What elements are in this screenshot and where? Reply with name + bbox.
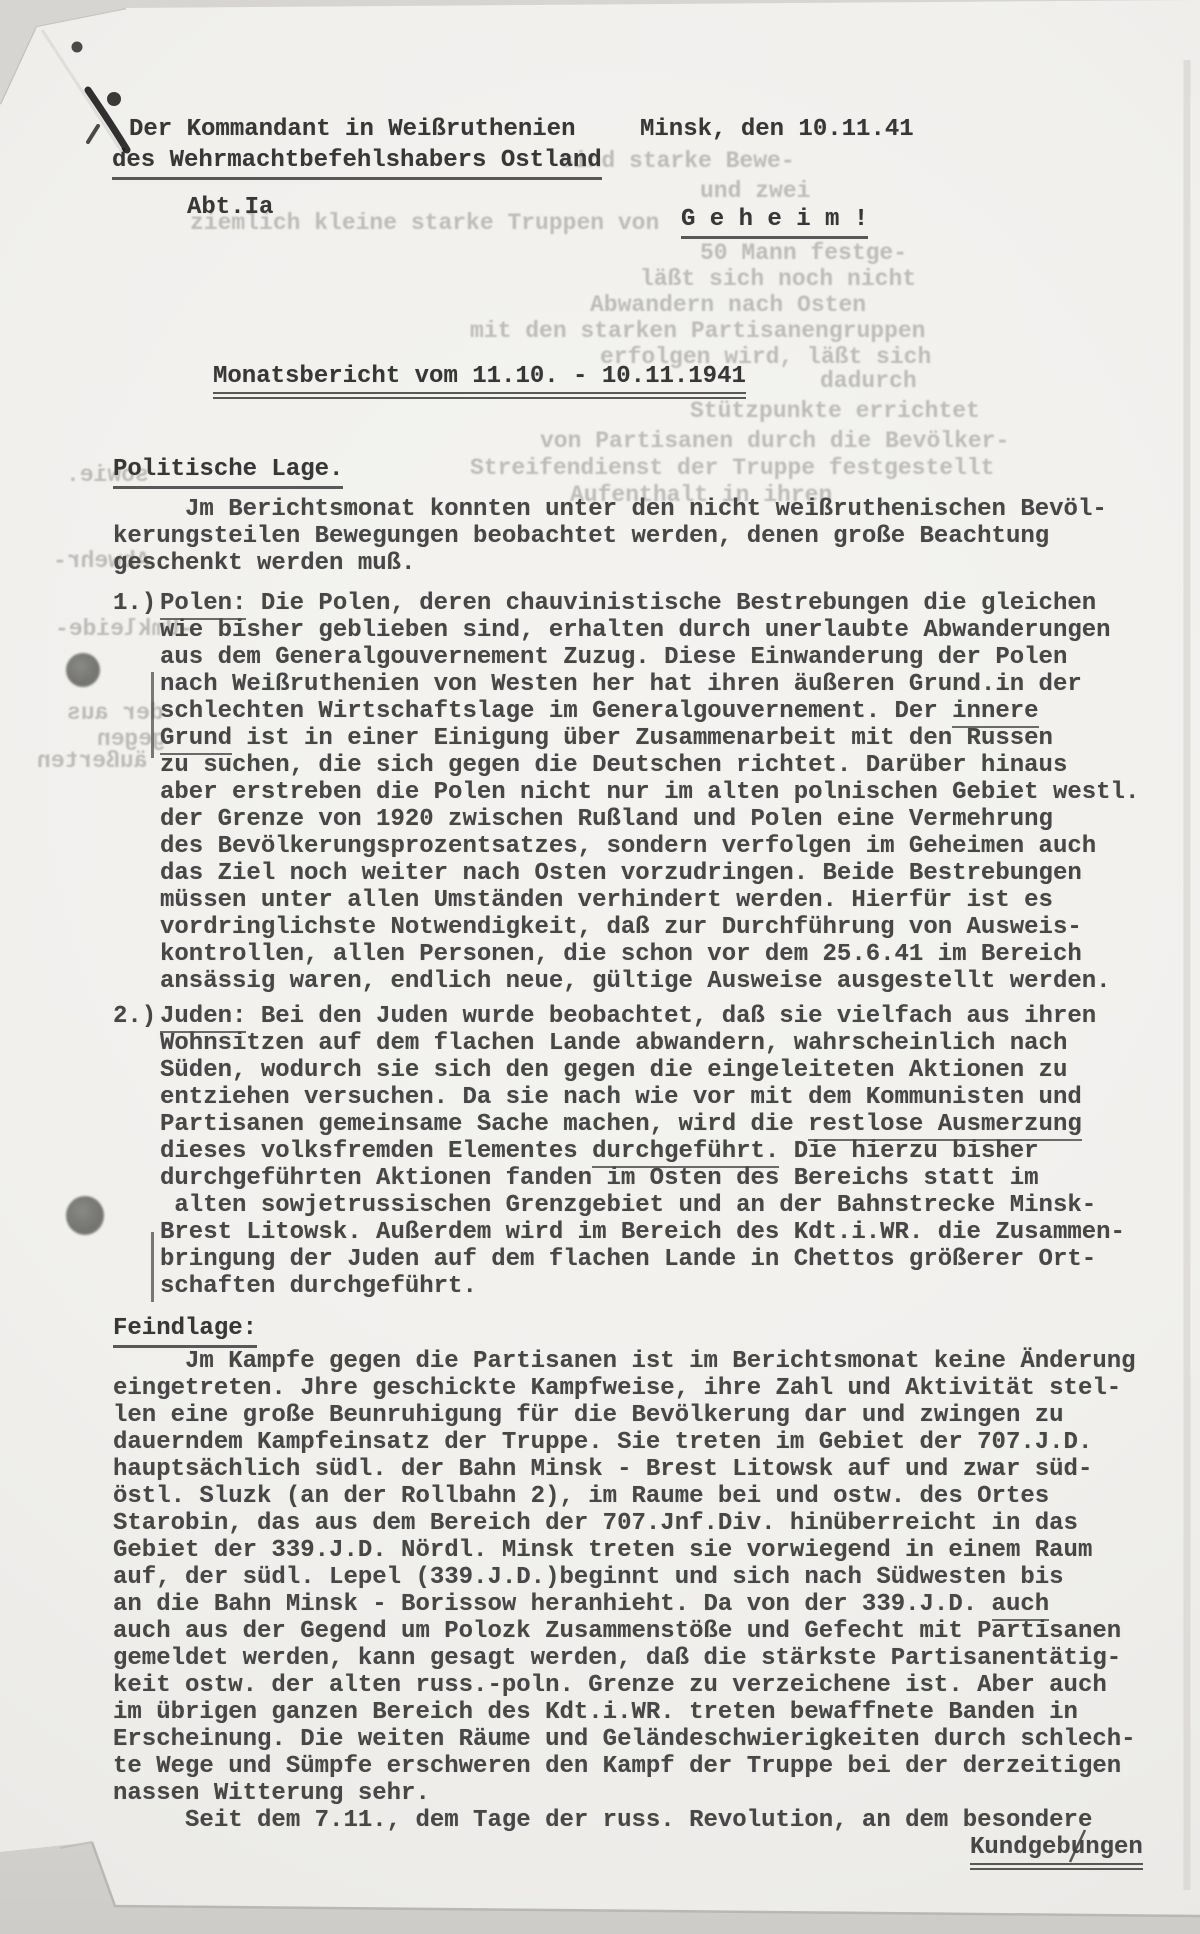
text-line: Grund ist in einer Einigung über Zusamme… — [160, 725, 1053, 752]
text-line: Jm Berichtsmonat konnten unter den nicht… — [113, 496, 1107, 523]
sender-line-1: Der Kommandant in Weißruthenien — [129, 116, 575, 143]
text-line: bringung der Juden auf dem flachen Lande… — [160, 1246, 1096, 1273]
bleedthrough-text: Abwandern nach Osten — [590, 292, 866, 318]
text-line: nassen Witterung sehr. — [113, 1780, 430, 1807]
text-line: hauptsächlich südl. der Bahn Minsk - Bre… — [113, 1456, 1092, 1483]
section-heading-feindlage: Feindlage: — [113, 1315, 257, 1342]
bleedthrough-text: Streifendienst der Truppe festgestellt — [470, 455, 995, 481]
sender-line-2: des Wehrmachtbefehlshabers Ostland — [112, 147, 602, 174]
corner-crease — [42, 30, 122, 152]
text-line: das Ziel noch weiter nach Osten vorzudri… — [160, 860, 1082, 887]
ink-blob — [107, 92, 121, 106]
bleedthrough-text: läßt sich noch nicht — [640, 266, 916, 292]
text-line: gemeldet werden, kann gesagt werden, daß… — [113, 1645, 1121, 1672]
text-line: vordringlichste Notwendigkeit, daß zur D… — [160, 914, 1082, 941]
hole-punch-bottom — [66, 1196, 104, 1235]
place-date: Minsk, den 10.11.41 — [640, 116, 914, 143]
text-line: nach Weißruthenien von Westen her hat ih… — [160, 671, 1082, 698]
report-title: Monatsbericht vom 11.10. - 10.11.1941 — [213, 363, 746, 390]
text-line: kontrollen, allen Personen, die schon vo… — [160, 941, 1082, 968]
text-line: eingetreten. Jhre geschickte Kampfweise,… — [113, 1375, 1121, 1402]
text-line: auf, der südl. Lepel (339.J.D.)beginnt u… — [113, 1564, 1064, 1591]
bleedthrough-text: von Partisanen durch die Bevölker- — [540, 428, 1009, 454]
text-line: Erscheinung. Die weiten Räume und Geländ… — [113, 1726, 1136, 1753]
section-heading-politische-lage: Politische Lage. — [113, 456, 343, 483]
text-line: an die Bahn Minsk - Borissow heranhieht.… — [113, 1591, 1049, 1618]
bleedthrough-text-mirrored: der aus — [67, 700, 164, 726]
list-number-1: 1.) — [113, 590, 156, 617]
text-line: Brest Litowsk. Außerdem wird im Bereich … — [160, 1219, 1125, 1246]
margin-pencil-line-1 — [151, 672, 154, 758]
text-line: Partisanen gemeinsame Sache machen, wird… — [160, 1111, 1082, 1138]
text-line: Wohnsitzen auf dem flachen Lande abwande… — [160, 1030, 1067, 1057]
text-line: Polen: Die Polen, deren chauvinistische … — [160, 590, 1096, 617]
text-line: entziehen versuchen. Da sie nach wie vor… — [160, 1084, 1082, 1111]
paper-sheet: sind starke Bewe- und zwei ziemlich klei… — [0, 0, 1200, 1934]
ink-tail — [88, 126, 98, 142]
corner-tear-edge — [36, 8, 126, 26]
text-line: kerungsteilen Bewegungen beobachtet werd… — [113, 523, 1049, 550]
text-line: ansässig waren, endlich neue, gültige Au… — [160, 968, 1111, 995]
bleedthrough-text-mirrored: äußerten — [37, 748, 147, 774]
text-line: müssen unter allen Umständen verhindert … — [160, 887, 1053, 914]
bleedthrough-text: Stützpunkte errichtet — [690, 398, 980, 424]
list-number-2: 2.) — [113, 1003, 156, 1030]
bleedthrough-text: mit den starken Partisanengruppen — [470, 318, 925, 344]
hole-punch-top — [66, 653, 100, 687]
text-line: Jm Kampfe gegen die Partisanen ist im Be… — [113, 1348, 1136, 1375]
classification-stamp: G e h e i m ! — [681, 206, 868, 233]
text-line: der Grenze von 1920 zwischen Rußland und… — [160, 806, 1053, 833]
bleedthrough-text: dadurch — [820, 368, 917, 394]
text-line: durchgeführten Aktionen fanden im Osten … — [160, 1165, 1039, 1192]
text-line: schaften durchgeführt. — [160, 1273, 477, 1300]
corner-tear-edge — [0, 26, 36, 104]
text-line: keit ostw. der alten russ.-poln. Grenze … — [113, 1672, 1107, 1699]
text-line: dieses volksfremden Elementes durchgefüh… — [160, 1138, 1039, 1165]
text-line: im übrigen ganzen Bereich des Kdt.i.WR. … — [113, 1699, 1078, 1726]
text-line: alten sowjetrussischen Grenzgebiet und a… — [160, 1192, 1096, 1219]
text-line: aus dem Generalgouvernement Zuzug. Diese… — [160, 644, 1067, 671]
text-line: geschenkt werden muß. — [113, 550, 415, 577]
bleedthrough-text: und zwei — [700, 178, 810, 204]
text-line: aber erstreben die Polen nicht nur im al… — [160, 779, 1139, 806]
text-line: auch aus der Gegend um Polozk Zusammenst… — [113, 1618, 1121, 1645]
text-line: zu suchen, die sich gegen die Deutschen … — [160, 752, 1067, 779]
text-line: des Bevölkerungsprozentsatzes, sondern v… — [160, 833, 1096, 860]
margin-pencil-line-2 — [151, 1232, 154, 1302]
text-line: schlechten Wirtschaftslage im Generalgou… — [160, 698, 1039, 725]
text-line: wie bisher geblieben sind, erhalten durc… — [160, 617, 1111, 644]
ink-stroke — [88, 90, 127, 150]
text-line: te Wege und Sümpfe erschweren den Kampf … — [113, 1753, 1121, 1780]
text-line: Gebiet der 339.J.D. Nördl. Minsk treten … — [113, 1537, 1092, 1564]
text-line: Starobin, das aus dem Bereich der 707.Jn… — [113, 1510, 1078, 1537]
text-line: len eine große Beunruhigung für die Bevö… — [113, 1402, 1064, 1429]
text-line: östl. Sluzk (an der Rollbahn 2), im Raum… — [113, 1483, 1049, 1510]
document-photo: sind starke Bewe- und zwei ziemlich klei… — [0, 0, 1200, 1934]
bleedthrough-text: 50 Mann festge- — [700, 240, 907, 266]
catchword: Kundgebungen — [970, 1834, 1143, 1861]
text-line: Juden: Bei den Juden wurde beobachtet, d… — [160, 1003, 1096, 1030]
text-line: dauerndem Kampfeinsatz der Truppe. Sie t… — [113, 1429, 1092, 1456]
text-line: Seit dem 7.11., dem Tage der russ. Revol… — [113, 1807, 1092, 1834]
text-line: Süden, wodurch sie sich den gegen die ei… — [160, 1057, 1067, 1084]
department-label: Abt.Ia — [187, 194, 273, 221]
ink-dot — [72, 42, 83, 53]
